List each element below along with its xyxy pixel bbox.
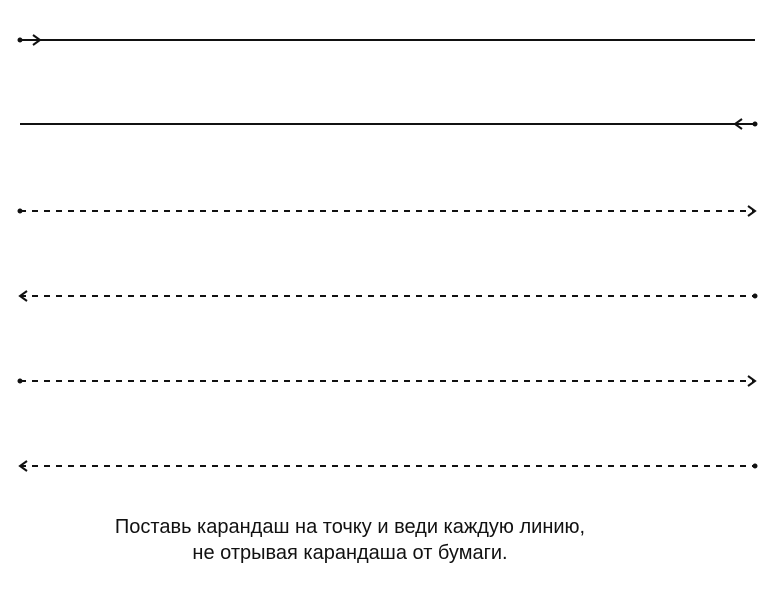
start-dot-icon (753, 122, 758, 127)
tracing-line-6 (20, 461, 758, 471)
tracing-line-5 (18, 376, 756, 386)
arrow-icon (748, 376, 755, 386)
instruction-line-2: не отрывая карандаша от бумаги. (0, 540, 700, 566)
start-dot-icon (18, 38, 23, 43)
instruction-line-1: Поставь карандаш на точку и веди каждую … (0, 514, 700, 540)
start-dot-icon (753, 294, 758, 299)
arrow-icon (748, 206, 755, 216)
tracing-line-2 (20, 119, 758, 129)
start-dot-icon (18, 379, 23, 384)
tracing-line-3 (18, 206, 756, 216)
instructions: Поставь карандаш на точку и веди каждую … (0, 514, 700, 566)
start-dot-icon (18, 209, 23, 214)
tracing-line-1 (18, 35, 756, 45)
tracing-line-4 (20, 291, 758, 301)
tracing-lines-canvas (0, 0, 775, 600)
start-dot-icon (753, 464, 758, 469)
